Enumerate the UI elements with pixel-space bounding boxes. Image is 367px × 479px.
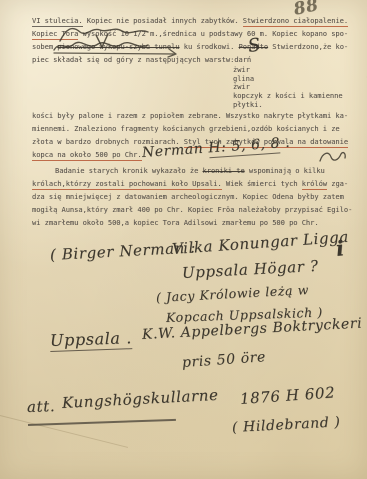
typed-line: wi zmarłemu około 500,a kopiec Tora Adil…: [32, 219, 319, 228]
typed-line: mogiłą Aunsa,który zmarł 400 po Chr. Kop…: [32, 206, 352, 215]
handwritten-publisher-city: Uppsala .: [50, 328, 133, 352]
typed-line: dza się mniejwięcej z datowaniem archeol…: [32, 193, 344, 202]
handwritten-scribble: [50, 38, 182, 60]
typed-line: królach,którzy zostali pochowani koło Up…: [32, 180, 348, 189]
red-underlined-phrase: kopca na około 500 po Chr.: [32, 151, 142, 161]
layers-list: żwir glina żwir kopczyk z kości i kamien…: [233, 66, 343, 110]
struck-text: kroniki te: [203, 167, 245, 175]
red-underlined-phrase: Stwierdzono ciałopalenie.: [243, 17, 348, 27]
red-underlined-phrase: królów: [302, 180, 327, 190]
typed-line: kopca na około 500 po Chr.: [32, 151, 142, 160]
handwritten-scribble: [318, 149, 348, 165]
typed-line: kości były palone i razem z popiołem zeb…: [32, 112, 348, 121]
typed-line: miennemi. Znaleziono fragmenty kościanyc…: [32, 125, 340, 134]
typed-line: Badanie starych kronik wykazało że kroni…: [55, 167, 325, 176]
red-underlined-phrase: królach,którzy zostali pochowani koło Up…: [32, 180, 222, 190]
handwritten-correction-s: S: [247, 34, 263, 57]
handwritten-bottom-abbrev: att.: [27, 397, 56, 416]
